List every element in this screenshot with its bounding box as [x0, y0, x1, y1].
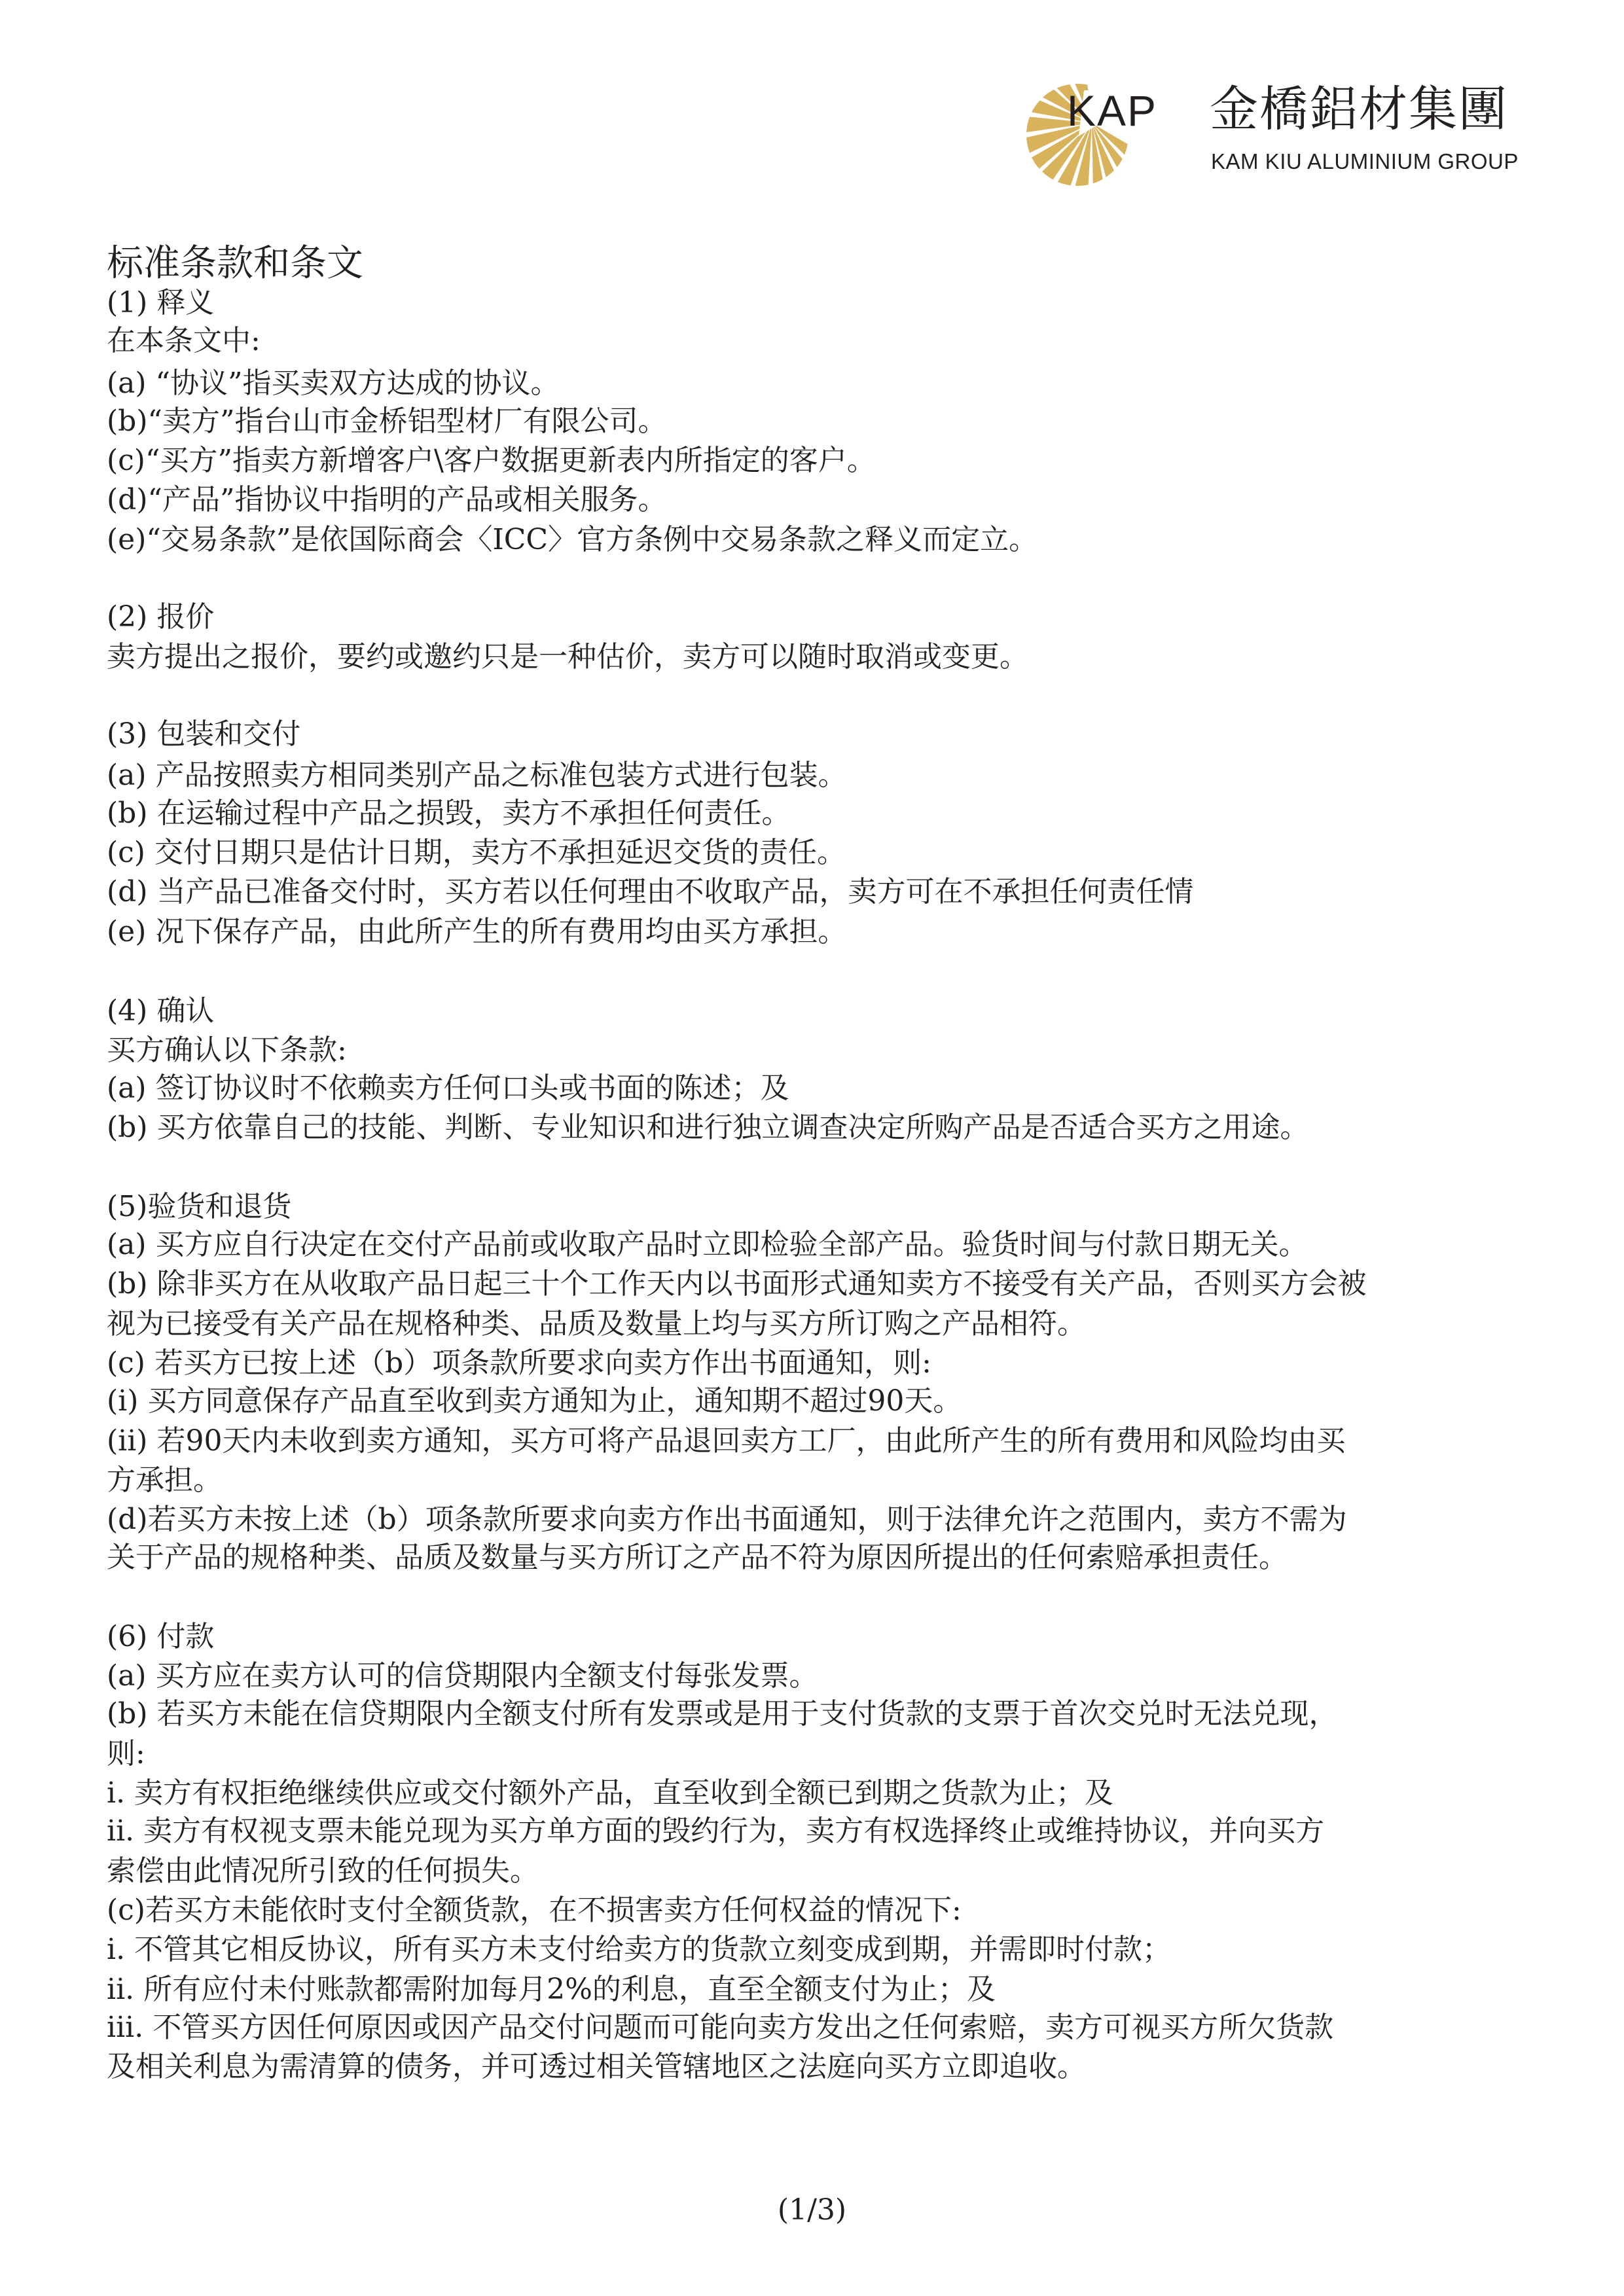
document-title: 标准条款和条文 — [107, 242, 363, 285]
section-line: (b)“卖方”指台山市金桥铝型材厂有限公司。 — [107, 403, 667, 440]
section-line: ii. 卖方有权视支票未能兑现为买方单方面的毁约行为，卖方有权选择终止或维持协议… — [107, 1813, 1324, 1850]
section-line: (e)“交易条款”是依国际商会〈ICC〉官方条例中交易条款之释义而定立。 — [107, 522, 1038, 558]
section-heading-definitions: (1) 释义 — [107, 285, 214, 321]
section-heading-quotation: (2) 报价 — [107, 599, 214, 636]
company-name-en: KAM KIU ALUMINIUM GROUP — [1211, 151, 1519, 172]
section-line: (c)若买方未能依时支付全额货款，在不损害卖方任何权益的情况下: — [107, 1892, 962, 1929]
section-line: 索偿由此情况所引致的任何损失。 — [107, 1853, 539, 1890]
section-line: 买方确认以下条款: — [107, 1032, 347, 1069]
section-line: (b) 若买方未能在信贷期限内全额支付所有发票或是用于支付货款的支票于首次交兑时… — [107, 1696, 1337, 1732]
section-line: (d) 当产品已准备交付时，买方若以任何理由不收取产品，卖方可在不承担任何责任情 — [107, 874, 1193, 910]
section-line: (e) 况下保存产品，由此所产生的所有费用均由买方承担。 — [107, 914, 846, 950]
section-line: (c) 若买方已按上述（b）项条款所要求向卖方作出书面通知，则: — [107, 1345, 931, 1382]
section-line: (ii) 若90天内未收到卖方通知，买方可将产品退回卖方工厂，由此所产生的所有费… — [107, 1423, 1345, 1460]
section-line: (a) 签订协议时不依赖卖方任何口头或书面的陈述；及 — [107, 1070, 789, 1107]
logo-kap-text: KAP — [1067, 89, 1157, 132]
section-line: (a) 产品按照卖方相同类别产品之标准包装方式进行包装。 — [107, 757, 847, 794]
section-line: 方承担。 — [107, 1462, 222, 1499]
section-line: i. 卖方有权拒绝继续供应或交付额外产品，直至收到全额已到期之货款为止；及 — [107, 1775, 1113, 1812]
section-line: 卖方提出之报价，要约或邀约只是一种估价，卖方可以随时取消或变更。 — [107, 639, 1028, 675]
section-line: (d)“产品”指协议中指明的产品或相关服务。 — [107, 482, 667, 518]
section-line: 视为已接受有关产品在规格种类、品质及数量上均与买方所订购之产品相符。 — [107, 1306, 1086, 1342]
section-line: iii. 不管买方因任何原因或因产品交付问题而可能向卖方发出之任何索赔，卖方可视… — [107, 2009, 1333, 2046]
section-line: (b) 在运输过程中产品之损毁，卖方不承担任何责任。 — [107, 795, 790, 832]
section-heading-acknowledgement: (4) 确认 — [107, 993, 214, 1030]
section-line: (b) 除非买方在从收取产品日起三十个工作天内以书面形式通知卖方不接受有关产品，… — [107, 1266, 1366, 1302]
section-line: (c)“买方”指卖方新增客户\客户数据更新表内所指定的客户。 — [107, 442, 876, 479]
section-line: (c) 交付日期只是估计日期，卖方不承担延迟交货的责任。 — [107, 834, 846, 871]
section-heading-packing-delivery: (3) 包装和交付 — [107, 716, 300, 753]
section-line: 及相关利息为需清算的债务，并可透过相关管辖地区之法庭向买方立即追收。 — [107, 2049, 1086, 2085]
section-heading-payment: (6) 付款 — [107, 1619, 214, 1655]
section-heading-inspection-return: (5)验货和退货 — [107, 1189, 291, 1225]
company-name-cn: 金橋鋁材集團 — [1210, 85, 1508, 134]
section-line: i. 不管其它相反协议，所有买方未支付给卖方的货款立刻变成到期，并需即时付款； — [107, 1931, 1171, 1968]
section-line: (d)若买方未按上述（b）项条款所要求向卖方作出书面通知，则于法律允许之范围内，… — [107, 1501, 1347, 1538]
section-line: 在本条文中: — [107, 323, 261, 359]
section-line: 则: — [107, 1736, 145, 1772]
section-line: 关于产品的规格种类、品质及数量与买方所订之产品不符为原因所提出的任何索赔承担责任… — [107, 1539, 1288, 1576]
page-indicator: (1/3) — [0, 2192, 1624, 2229]
section-line: (a) 买方应自行决定在交付产品前或收取产品时立即检验全部产品。验货时间与付款日… — [107, 1227, 1308, 1263]
section-line: (i) 买方同意保存产品直至收到卖方通知为止，通知期不超过90天。 — [107, 1383, 962, 1420]
section-line: (b) 买方依靠自己的技能、判断、专业知识和进行独立调查决定所购产品是否适合买方… — [107, 1109, 1308, 1146]
section-line: (a) “协议”指买卖双方达成的协议。 — [107, 365, 560, 402]
section-line: (a) 买方应在卖方认可的信贷期限内全额支付每张发票。 — [107, 1658, 818, 1695]
company-logo: KAP 金橋鋁材集團 KAM KIU ALUMINIUM GROUP — [1026, 77, 1550, 188]
section-line: ii. 所有应付未付账款都需附加每月2%的利息，直至全额支付为止；及 — [107, 1971, 996, 2008]
